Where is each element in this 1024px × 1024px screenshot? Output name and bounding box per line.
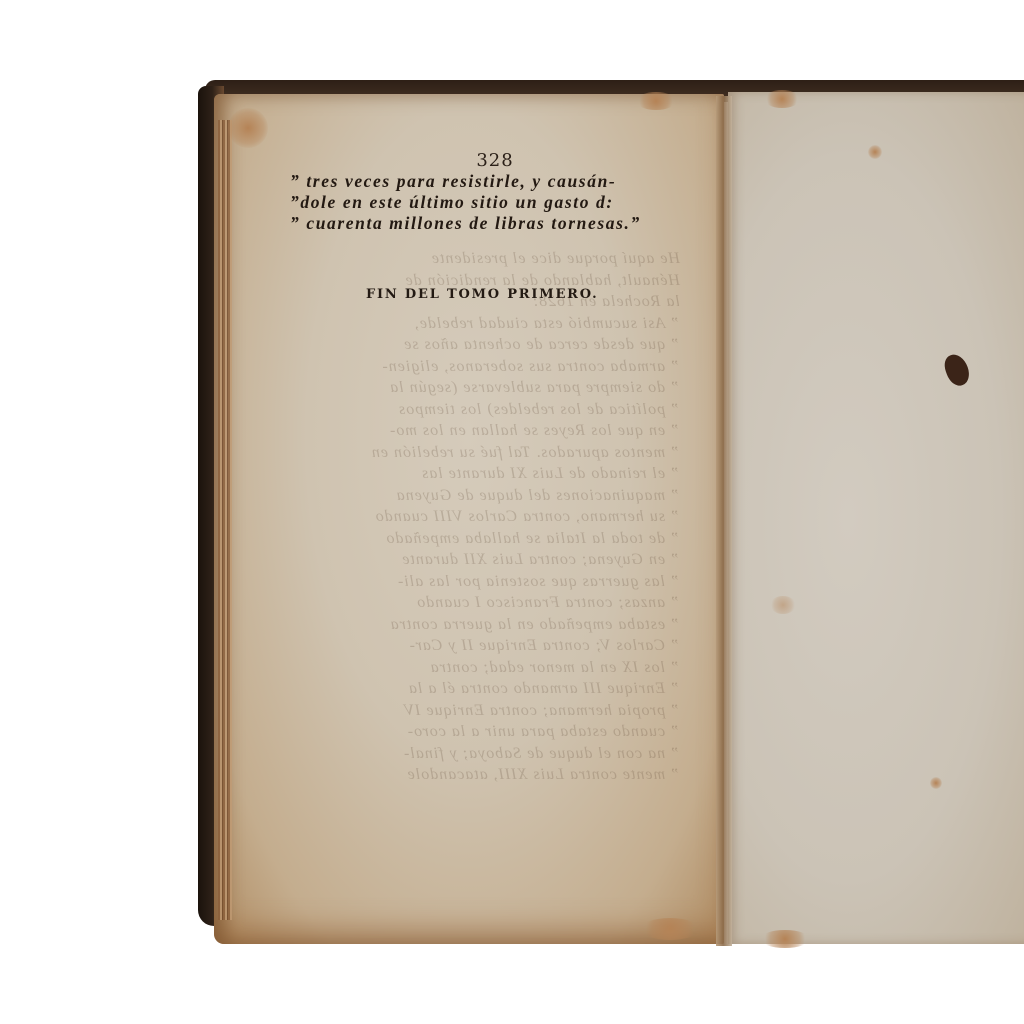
- show-through-text: He aquí porque dice el presidente Hénaul…: [300, 248, 680, 786]
- foxing-stain: [770, 596, 796, 614]
- foxing-stain: [228, 108, 268, 148]
- foxing-stain: [930, 777, 942, 789]
- page-block-edges: [218, 120, 232, 920]
- page-number: 328: [310, 150, 680, 171]
- open-book-photo: He aquí porque dice el presidente Hénaul…: [0, 0, 1024, 1024]
- right-page-blank: [728, 92, 1024, 944]
- foxing-stain: [640, 918, 700, 940]
- foxing-stain: [868, 145, 882, 159]
- printed-text-block: 328 ” tres veces para resistirle, y caus…: [290, 150, 680, 234]
- quote-line: ”dole en este último sitio un gasto d:: [290, 192, 680, 213]
- foxing-stain: [760, 930, 810, 948]
- quote-line: ” tres veces para resistirle, y causán-: [290, 171, 680, 192]
- foxing-stain: [764, 90, 800, 108]
- foxing-stain: [636, 92, 676, 110]
- volume-end-title: FIN DEL TOMO PRIMERO.: [366, 287, 666, 302]
- book-gutter: [716, 96, 732, 946]
- quote-line: ” cuarenta millones de libras tornesas.”: [290, 213, 680, 234]
